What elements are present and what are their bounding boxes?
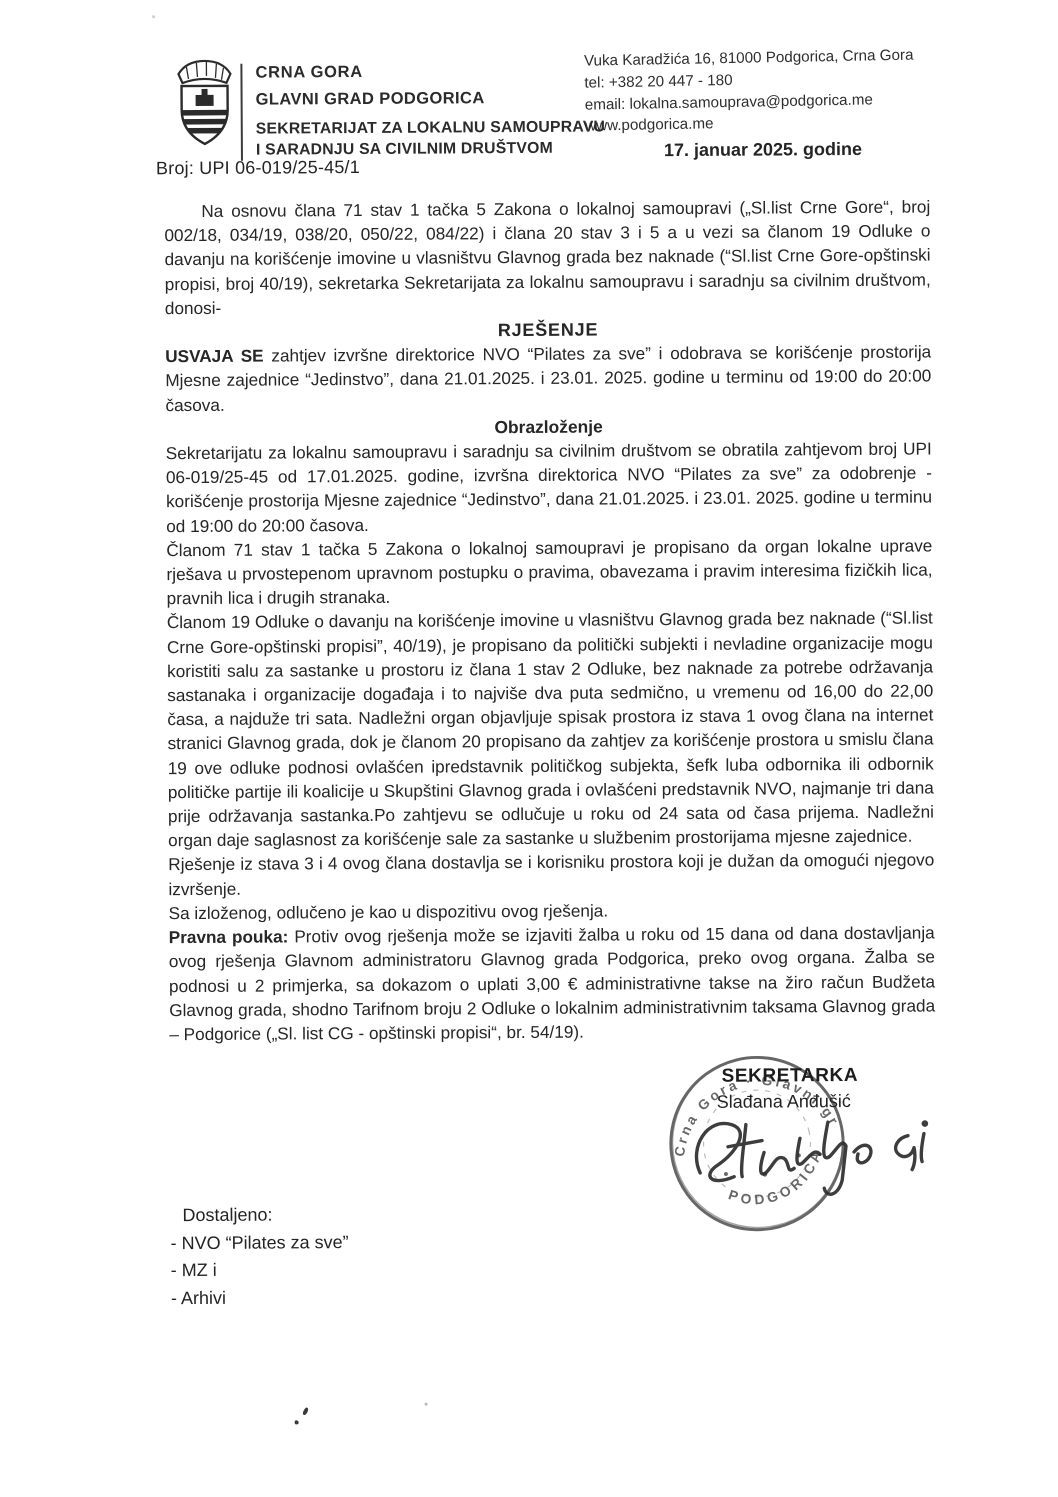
ink-speck [425, 1403, 428, 1406]
scanned-document-page: CRNA GORA GLAVNI GRAD PODGORICA SEKRETAR… [0, 0, 1058, 1497]
signer-title: SEKRETARKA [722, 1064, 859, 1089]
contact-block: Vuka Karadžića 16, 81000 Podgorica, Crna… [584, 45, 915, 138]
case-number: Broj: UPI 06-019/25-45/1 [156, 157, 360, 179]
decision-text: zahtjev izvršne direktorice NVO “Pilates… [165, 342, 931, 415]
legal-remedy-lead: Pravna pouka: [169, 927, 289, 948]
org-department-line1: SEKRETARIJAT ZA LOKALNU SAMOUPRAVU [256, 117, 605, 140]
distribution-item: - Arhivi [171, 1283, 511, 1313]
distribution-list: Dostaljeno: - NVO “Pilates za sve” - MZ … [170, 1200, 511, 1312]
issuing-authority-block: CRNA GORA GLAVNI GRAD PODGORICA SEKRETAR… [240, 61, 605, 160]
scan-content: CRNA GORA GLAVNI GRAD PODGORICA SEKRETAR… [0, 0, 1058, 1497]
ink-speck [302, 1407, 309, 1416]
ink-speck [295, 1420, 299, 1424]
intro-paragraph: Na osnovu člana 71 stav 1 tačka 5 Zakona… [164, 194, 931, 320]
document-body: Na osnovu člana 71 stav 1 tačka 5 Zakona… [164, 194, 937, 1312]
signature-area: Crna Gora · Glavni grad PODGORICA SEKRET… [169, 1046, 936, 1209]
distribution-item: - MZ i [171, 1255, 511, 1285]
contact-website: www.podgorica.me [585, 110, 915, 138]
rationale-paragraph: Članom 71 stav 1 tačka 5 Zakona o lokaln… [166, 533, 932, 610]
document-date: 17. januar 2025. godine [664, 139, 862, 161]
decision-lead: USVAJA SE [165, 346, 264, 367]
podgorica-coat-of-arms-icon [166, 58, 243, 156]
org-city: GLAVNI GRAD PODGORICA [256, 88, 605, 109]
ink-speck [152, 15, 155, 18]
distribution-item: - NVO “Pilates za sve” [171, 1228, 511, 1258]
rationale-paragraph: Rješenje iz stava 3 i 4 ovog člana dosta… [168, 848, 934, 901]
org-country: CRNA GORA [255, 61, 604, 82]
decision-paragraph: USVAJA SE zahtjev izvršne direktorice NV… [165, 340, 931, 417]
handwritten-signature-icon [682, 1094, 935, 1208]
rationale-paragraph: Sekretarijatu za lokalnu samoupravu i sa… [166, 437, 933, 538]
rationale-paragraph: Članom 19 Odluke o davanju na korišćenje… [167, 606, 934, 853]
